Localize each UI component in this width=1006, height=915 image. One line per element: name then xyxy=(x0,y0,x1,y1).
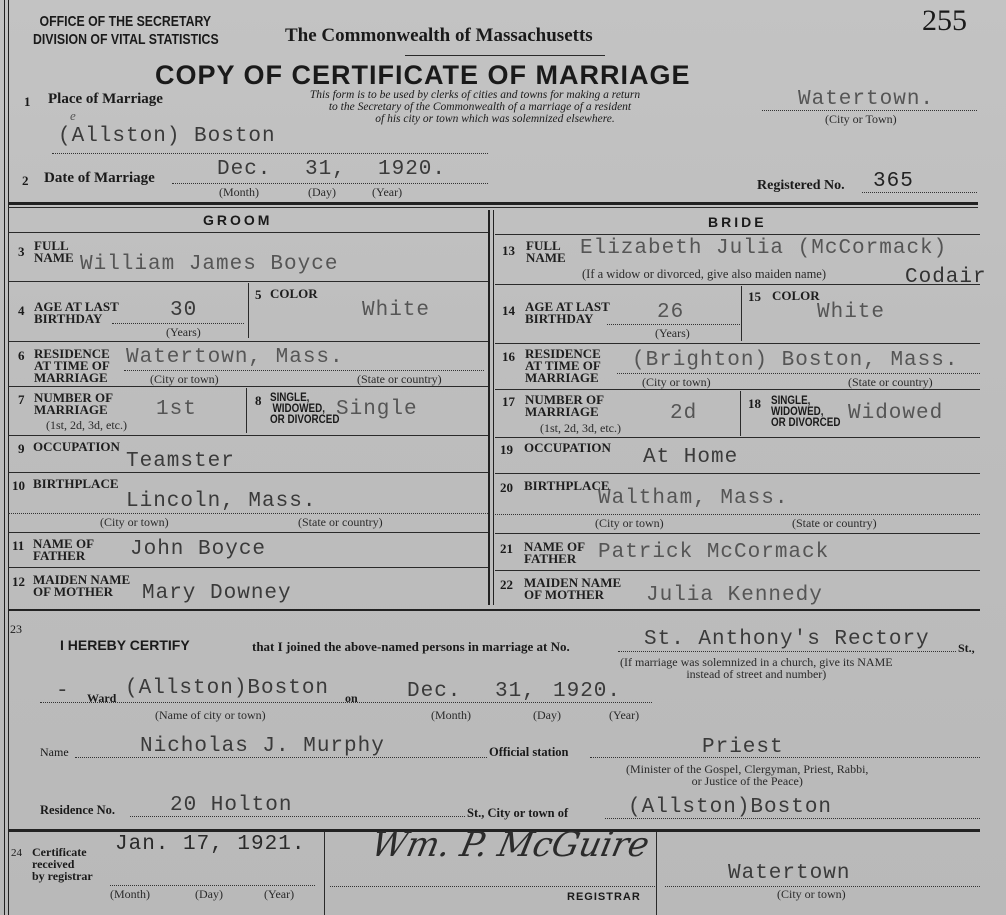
groom-status-value: Single xyxy=(336,398,418,421)
groom-birthplace-value: Lincoln, Mass. xyxy=(126,490,316,513)
field-number: 18 xyxy=(748,396,761,412)
hint-city: (City or town) xyxy=(100,515,169,530)
field-number: 10 xyxy=(12,478,25,494)
field-number: 4 xyxy=(18,303,25,319)
bride-number-of-marriage-label: NUMBER OFMARRIAGE xyxy=(525,394,604,418)
dotted-line xyxy=(590,757,980,758)
dotted-line xyxy=(862,192,977,193)
dotted-line xyxy=(172,183,488,184)
hint-city: (City or town) xyxy=(777,887,846,902)
registrar-label: REGISTRAR xyxy=(567,891,641,903)
section-rule xyxy=(8,609,980,611)
instructions-line: of his city or town which was solemnized… xyxy=(245,113,685,125)
row-rule xyxy=(8,281,488,282)
field-number: 6 xyxy=(18,348,25,364)
on-label: on xyxy=(345,691,358,706)
groom-residence-value: Watertown, Mass. xyxy=(126,346,344,369)
row-rule xyxy=(8,341,488,342)
received-date-value: Jan. 17, 1921. xyxy=(115,833,305,856)
hint-years: (Years) xyxy=(166,325,201,340)
registered-no-value: 365 xyxy=(873,170,914,193)
hint-day: (Day) xyxy=(533,708,561,723)
hint-year: (Year) xyxy=(609,708,639,723)
bride-father-value: Patrick McCormack xyxy=(598,541,829,564)
field-number: 12 xyxy=(12,574,25,590)
cell-divider xyxy=(656,832,657,915)
hint-city: (City or town) xyxy=(595,516,664,531)
ceremony-month-value: Dec. xyxy=(407,680,461,703)
hint-month: (Month) xyxy=(219,185,259,200)
hint-state: (State or country) xyxy=(298,515,383,530)
bride-residence-label: RESIDENCEAT TIME OFMARRIAGE xyxy=(525,348,601,384)
ward-value: - xyxy=(56,680,70,703)
cell-divider xyxy=(740,391,741,436)
maiden-name-hint: (If a widow or divorced, give also maide… xyxy=(582,267,826,282)
row-rule xyxy=(495,343,980,344)
column-divider xyxy=(493,210,494,605)
groom-mother-value: Mary Downey xyxy=(142,582,292,605)
dotted-line xyxy=(110,885,315,886)
cell-divider xyxy=(246,388,247,433)
dotted-line xyxy=(495,514,980,515)
handwritten-annotation: e xyxy=(70,108,76,124)
street-label: St., xyxy=(958,641,975,656)
dotted-line xyxy=(762,110,977,111)
dotted-line xyxy=(52,153,488,154)
hint-day: (Day) xyxy=(195,887,223,902)
ceremony-day-value: 31, xyxy=(495,680,536,703)
field-number: 17 xyxy=(502,394,515,410)
row-rule xyxy=(8,532,488,533)
ceremony-year-value: 1920. xyxy=(553,680,621,703)
column-divider xyxy=(488,210,490,605)
cell-divider xyxy=(741,286,742,341)
groom-color-label: COLOR xyxy=(270,288,318,300)
official-station-value: Priest xyxy=(702,736,784,759)
form-instructions: This form is to be used by clerks of cit… xyxy=(245,89,685,125)
place-of-marriage-value: (Allston) Boston xyxy=(58,125,276,148)
certify-heading: I HEREBY CERTIFY xyxy=(60,637,190,653)
dotted-line xyxy=(617,373,980,374)
certificate-page: OFFICE OF THE SECRETARY DIVISION OF VITA… xyxy=(0,0,1006,915)
office-line1: OFFICE OF THE SECRETARY xyxy=(33,13,219,31)
bride-birthplace-label: BIRTHPLACE xyxy=(524,480,610,492)
field-number: 23 xyxy=(10,622,22,637)
certificate-received-label: Certificatereceivedby registrar xyxy=(32,846,93,882)
bride-status-label: SINGLE,WIDOWED,OR DIVORCED xyxy=(771,395,840,428)
field-number: 15 xyxy=(748,289,761,305)
row-rule xyxy=(8,472,488,473)
row-rule xyxy=(495,284,980,285)
groom-occupation-label: OCCUPATION xyxy=(33,441,120,453)
date-month-value: Dec. xyxy=(217,158,271,181)
church-hint: (If marriage was solemnized in a church,… xyxy=(620,656,893,680)
registrar-city-value: Watertown xyxy=(728,862,850,885)
officiant-name-label: Name xyxy=(40,745,69,760)
bride-color-label: COLOR xyxy=(772,290,820,302)
row-rule xyxy=(8,232,488,233)
city-or-town-hint: (City or Town) xyxy=(825,112,897,127)
hint-state: (State or country) xyxy=(848,375,933,390)
bride-age-value: 26 xyxy=(657,301,684,324)
bride-full-name-label: FULLNAME xyxy=(526,240,566,264)
ceremony-city-value: (Allston)Boston xyxy=(125,677,329,700)
place-of-marriage-label: Place of Marriage xyxy=(48,91,163,108)
bride-full-name-value: Elizabeth Julia (McCormack) xyxy=(580,237,947,260)
dotted-line xyxy=(130,816,465,817)
bride-color-value: White xyxy=(817,301,885,324)
groom-mother-label: MAIDEN NAMEOF MOTHER xyxy=(33,574,130,598)
field-number: 14 xyxy=(502,303,515,319)
field-number: 16 xyxy=(502,349,515,365)
ceremony-location-value: St. Anthony's Rectory xyxy=(644,628,930,651)
page-edge xyxy=(4,0,9,915)
groom-full-name-label: FULLNAME xyxy=(34,240,74,264)
date-of-marriage-label: Date of Marriage xyxy=(44,170,155,187)
field-number: 20 xyxy=(500,480,513,496)
groom-number-of-marriage-label: NUMBER OFMARRIAGE xyxy=(34,392,113,416)
row-rule xyxy=(495,437,980,438)
row-rule xyxy=(8,567,488,568)
groom-full-name-value: William James Boyce xyxy=(80,253,338,276)
hint-day: (Day) xyxy=(308,185,336,200)
bride-birthplace-value: Waltham, Mass. xyxy=(598,487,788,510)
certify-text: that I joined the above-named persons in… xyxy=(252,639,570,655)
field-number: 13 xyxy=(502,243,515,259)
bride-father-label: NAME OFFATHER xyxy=(524,541,585,565)
station-hint: (Minister of the Gospel, Clergyman, Prie… xyxy=(626,763,868,787)
row-rule xyxy=(495,389,980,390)
bride-previous-surname: Codair xyxy=(905,266,987,289)
groom-heading: GROOM xyxy=(203,212,272,228)
hint-city: (Name of city or town) xyxy=(155,708,266,723)
registered-no-label: Registered No. xyxy=(757,178,845,194)
dotted-line xyxy=(8,513,488,514)
field-number: 9 xyxy=(18,441,25,457)
page-number: 255 xyxy=(922,4,967,38)
groom-birthplace-label: BIRTHPLACE xyxy=(33,478,119,490)
cell-divider xyxy=(248,283,249,338)
ward-label: Ward xyxy=(87,691,116,706)
field-number: 8 xyxy=(255,393,262,409)
hint-city: (City or town) xyxy=(150,372,219,387)
bride-status-value: Widowed xyxy=(848,402,943,425)
certificate-title: COPY OF CERTIFICATE OF MARRIAGE xyxy=(155,60,691,91)
row-rule xyxy=(495,234,980,235)
row-rule xyxy=(495,473,980,474)
dotted-line xyxy=(605,818,980,819)
divider xyxy=(405,55,605,56)
groom-age-value: 30 xyxy=(170,299,197,322)
field-number: 19 xyxy=(500,442,513,458)
hint-month: (Month) xyxy=(110,887,150,902)
bride-occupation-label: OCCUPATION xyxy=(524,442,611,454)
groom-residence-label: RESIDENCEAT TIME OFMARRIAGE xyxy=(34,348,110,384)
groom-number-of-marriage-value: 1st xyxy=(156,398,197,421)
date-day-value: 31, xyxy=(305,158,346,181)
cell-divider xyxy=(324,832,325,915)
bride-occupation-value: At Home xyxy=(643,446,738,469)
hint-year: (Year) xyxy=(264,887,294,902)
commonwealth-heading: The Commonwealth of Massachusetts xyxy=(285,25,593,47)
bride-mother-label: MAIDEN NAMEOF MOTHER xyxy=(524,577,621,601)
hint-month: (Month) xyxy=(431,708,471,723)
dotted-line xyxy=(607,324,742,325)
field-number: 7 xyxy=(18,392,25,408)
dotted-line xyxy=(75,757,487,758)
field-number: 3 xyxy=(18,244,25,260)
officiant-residence-label: Residence No. xyxy=(40,803,115,818)
hint-city: (City or town) xyxy=(642,375,711,390)
hint-ordinal: (1st, 2d, 3d, etc.) xyxy=(46,418,127,433)
hint-state: (State or country) xyxy=(357,372,442,387)
bride-number-of-marriage-value: 2d xyxy=(670,402,697,425)
groom-color-value: White xyxy=(362,299,430,322)
office-line2: DIVISION OF VITAL STATISTICS xyxy=(33,31,219,49)
groom-father-value: John Boyce xyxy=(130,538,266,561)
instructions-line: to the Secretary of the Commonwealth of … xyxy=(245,101,685,113)
section-rule xyxy=(8,202,978,205)
hint-years: (Years) xyxy=(655,326,690,341)
bride-residence-value: (Brighton) Boston, Mass. xyxy=(632,349,958,372)
bride-mother-value: Julia Kennedy xyxy=(646,584,823,607)
groom-occupation-value: Teamster xyxy=(126,450,235,473)
row-rule xyxy=(495,533,980,534)
field-number: 21 xyxy=(500,541,513,557)
hint-ordinal: (1st, 2d, 3d, etc.) xyxy=(540,421,621,436)
dotted-line xyxy=(330,886,655,887)
field-number: 11 xyxy=(12,538,24,554)
row-rule xyxy=(8,386,488,387)
hint-state: (State or country) xyxy=(792,516,877,531)
dotted-line xyxy=(124,370,484,371)
dotted-line xyxy=(40,702,652,703)
dotted-line xyxy=(618,651,956,652)
instructions-line: This form is to be used by clerks of cit… xyxy=(245,89,685,101)
city-or-town-value: Watertown. xyxy=(798,88,934,111)
row-rule xyxy=(8,435,488,436)
officiant-name-value: Nicholas J. Murphy xyxy=(140,735,385,758)
hint-year: (Year) xyxy=(372,185,402,200)
dotted-line xyxy=(112,323,244,324)
groom-status-label: SINGLE,WIDOWED,OR DIVORCED xyxy=(270,392,339,425)
officiant-residence-value: 20 Holton xyxy=(170,794,292,817)
residence-city-label: St., City or town of xyxy=(467,806,568,821)
field-number: 22 xyxy=(500,577,513,593)
groom-age-label: AGE AT LASTBIRTHDAY xyxy=(34,301,119,325)
field-number: 5 xyxy=(255,287,262,303)
groom-father-label: NAME OFFATHER xyxy=(33,538,94,562)
field-number: 1 xyxy=(24,94,31,110)
registrar-signature: Wm. P. McGuire xyxy=(368,825,653,865)
official-station-label: Official station xyxy=(489,745,569,760)
date-year-value: 1920. xyxy=(378,158,446,181)
office-header: OFFICE OF THE SECRETARY DIVISION OF VITA… xyxy=(33,13,219,49)
row-rule xyxy=(495,570,980,571)
section-rule xyxy=(8,207,978,208)
bride-heading: BRIDE xyxy=(708,214,767,230)
field-number: 2 xyxy=(22,173,29,189)
field-number: 24 xyxy=(11,847,22,859)
bride-age-label: AGE AT LASTBIRTHDAY xyxy=(525,301,610,325)
officiant-city-value: (Allston)Boston xyxy=(628,796,832,819)
